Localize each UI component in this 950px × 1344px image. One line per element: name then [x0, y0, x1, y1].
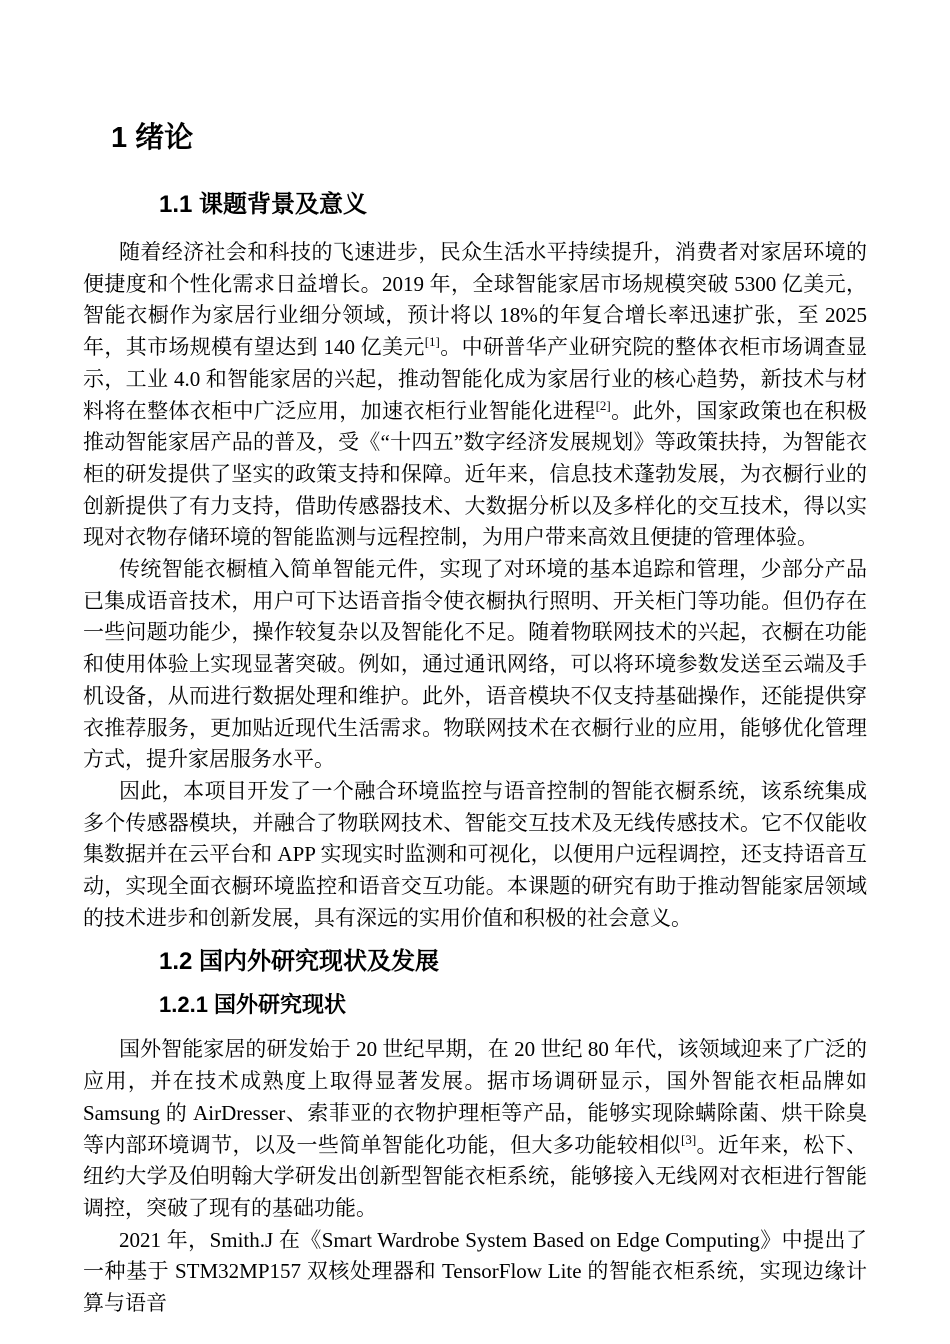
text-run: 传统智能衣橱植入简单智能元件，实现了对环境的基本追踪和管理，少部分产品已集成语音… [83, 557, 867, 771]
text-run: 2021 年，Smith.J 在《Smart Wardrobe System B… [83, 1228, 867, 1315]
chapter-heading: 1 绪论 [83, 0, 867, 156]
section-heading-1-2: 1.2 国内外研究现状及发展 [83, 946, 867, 978]
citation-3: [3] [681, 1132, 696, 1147]
paragraph-background-1: 随着经济社会和科技的飞速进步，民众生活水平持续提升，消费者对家居环境的便捷度和个… [83, 237, 867, 554]
paragraph-foreign-research-1: 国外智能家居的研发始于 20 世纪早期，在 20 世纪 80 年代，该领域迎来了… [83, 1034, 867, 1224]
paragraph-background-2: 传统智能衣橱植入简单智能元件，实现了对环境的基本追踪和管理，少部分产品已集成语音… [83, 554, 867, 776]
section-heading-1-1: 1.1 课题背景及意义 [83, 189, 867, 221]
paragraph-foreign-research-2: 2021 年，Smith.J 在《Smart Wardrobe System B… [83, 1225, 867, 1320]
document-content: 1 绪论1.1 课题背景及意义随着经济社会和科技的飞速进步，民众生活水平持续提升… [83, 0, 867, 1320]
document-page: 1 绪论1.1 课题背景及意义随着经济社会和科技的飞速进步，民众生活水平持续提升… [0, 0, 950, 1344]
subsection-heading-1-2-1: 1.2.1 国外研究现状 [83, 990, 867, 1020]
text-run: 因此，本项目开发了一个融合环境监控与语音控制的智能衣橱系统，该系统集成多个传感器… [83, 779, 867, 930]
citation-2: [2] [596, 398, 611, 413]
citation-1: [1] [425, 334, 440, 349]
paragraph-background-3: 因此，本项目开发了一个融合环境监控与语音控制的智能衣橱系统，该系统集成多个传感器… [83, 776, 867, 935]
